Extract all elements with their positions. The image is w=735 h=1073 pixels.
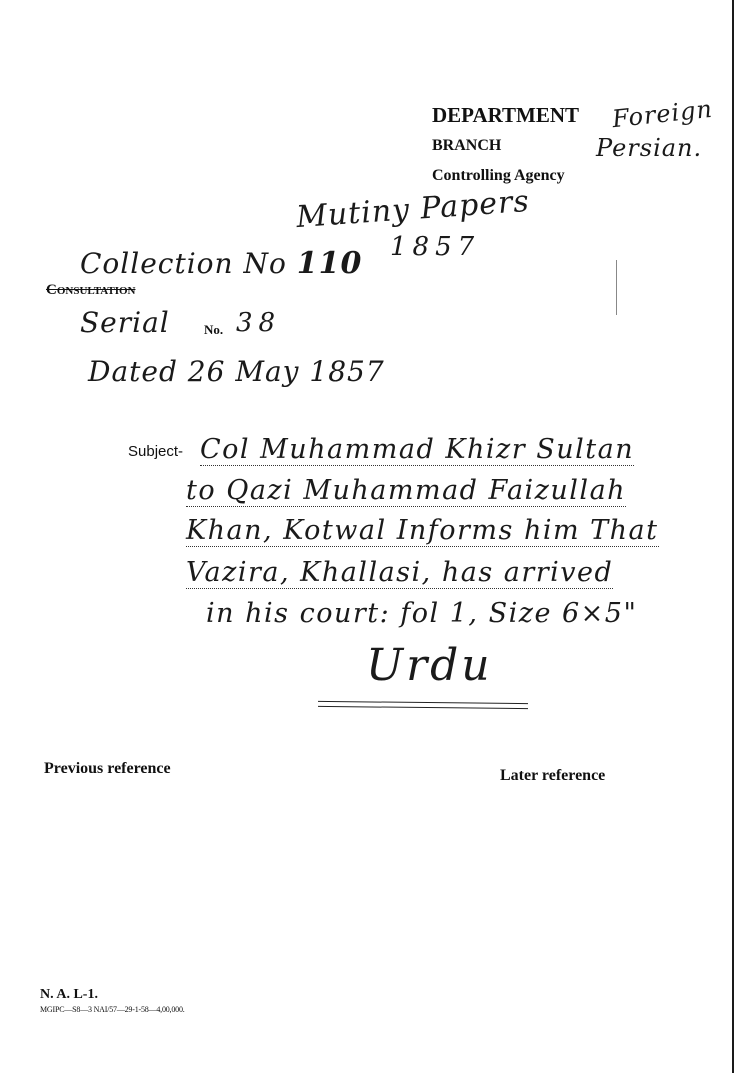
pencil-mark (616, 260, 617, 315)
later-reference-label: Later reference (500, 767, 605, 785)
subject-line: Vazira, Khallasi, has arrived (186, 557, 613, 589)
page-edge-border (732, 0, 734, 1073)
controlling-agency-label: Controlling Agency (432, 167, 565, 185)
consultation-label: Consultation (46, 282, 136, 299)
department-value: Foreign (611, 95, 714, 133)
collection-no-value: 110 (297, 246, 363, 281)
serial-no-label: No. (204, 322, 223, 338)
subject-line: in his court: fol 1, Size 6×5" (206, 598, 637, 629)
print-line: MGIPC—S8—3 NAI/57—29-1-58—4,00,000. (40, 1005, 185, 1014)
serial-no-value: 38 (236, 308, 281, 338)
previous-reference-label: Previous reference (44, 760, 171, 778)
date-entry: Dated 26 May 1857 (88, 355, 385, 388)
serial-label: Serial (80, 306, 170, 339)
subject-line: Khan, Kotwal Informs him That (186, 515, 659, 547)
form-code: N. A. L-1. (40, 987, 98, 1003)
collection-year: 1857 (390, 232, 480, 262)
language-underline (318, 706, 528, 709)
collection-title: Mutiny Papers (295, 184, 531, 235)
branch-label: BRANCH (432, 137, 501, 155)
language-entry: Urdu (366, 640, 493, 691)
collection-no-text: Collection No (80, 247, 287, 280)
language-underline (318, 701, 528, 704)
collection-number: Collection No 110 (80, 246, 362, 281)
branch-value: Persian. (596, 134, 702, 162)
subject-label: Subject- (128, 443, 183, 460)
subject-line: to Qazi Muhammad Faizullah (186, 475, 626, 507)
subject-line: Col Muhammad Khizr Sultan (200, 434, 634, 466)
department-label: DEPARTMENT (432, 103, 579, 128)
